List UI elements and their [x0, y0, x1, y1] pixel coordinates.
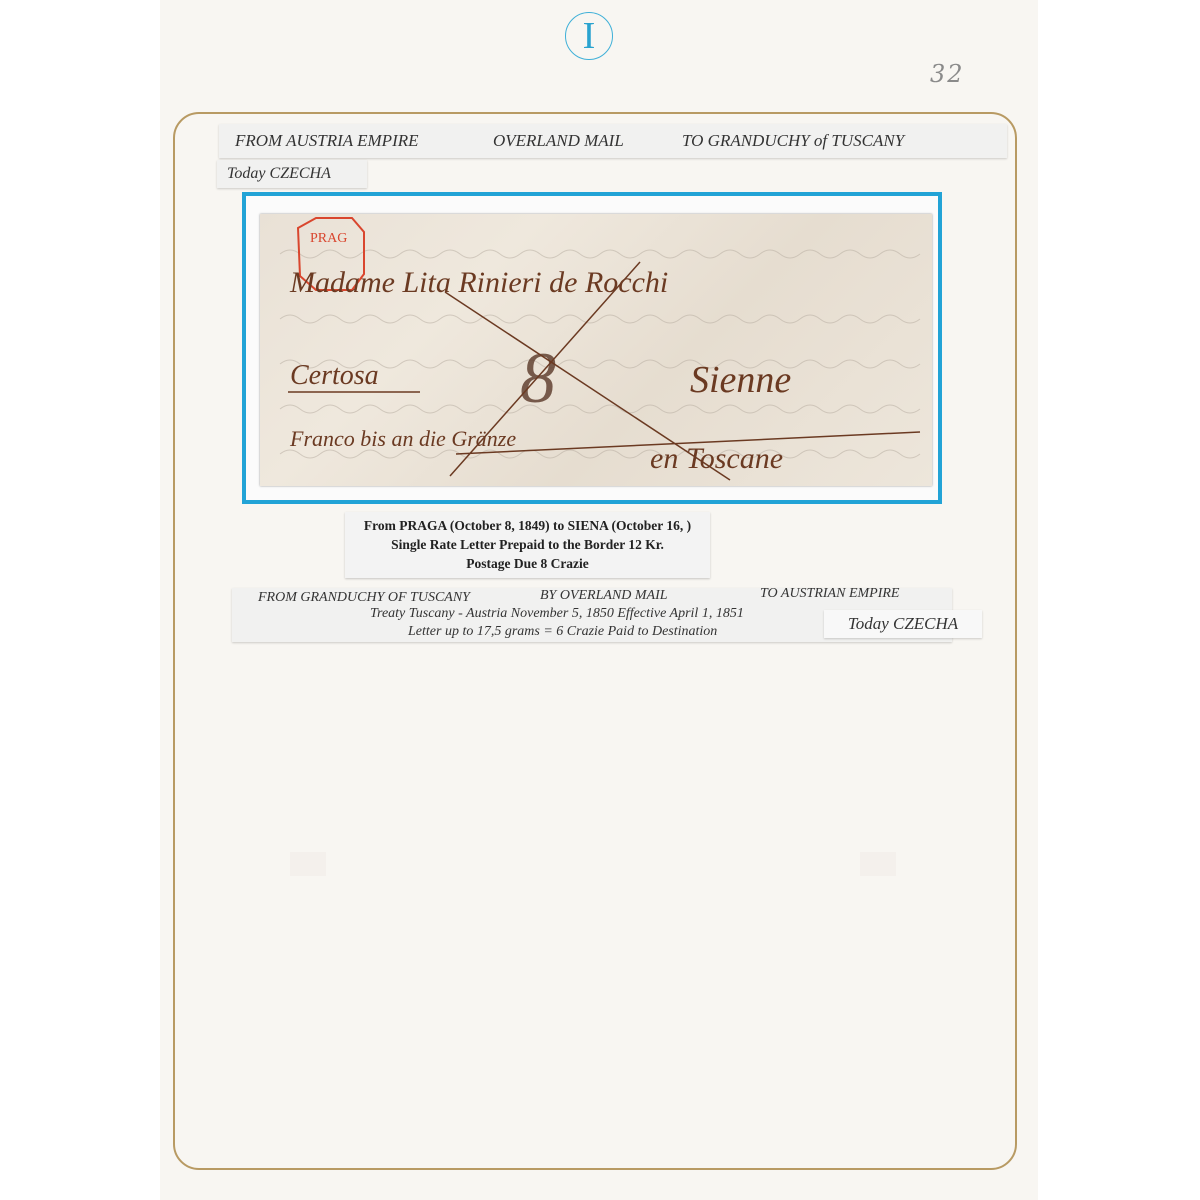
treaty-rate: Letter up to 17,5 grams = 6 Crazie Paid … [408, 624, 717, 640]
treaty-to: TO AUSTRIAN EMPIRE [760, 586, 899, 602]
route-header-strip: FROM AUSTRIA EMPIRE OVERLAND MAIL TO GRA… [219, 124, 1007, 158]
cover-caption: From PRAGA (October 8, 1849) to SIENA (O… [345, 512, 710, 578]
page-number: 32 [930, 60, 965, 88]
treaty-dates: Treaty Tuscany - Austria November 5, 185… [370, 606, 744, 622]
caption-line-2: Single Rate Letter Prepaid to the Border… [345, 535, 710, 554]
today-country-label-2: Today CZECHA [824, 610, 982, 638]
cover-handwriting: PRAG Madame Lita Rinieri de Rocchi 8 Cer… [260, 214, 932, 486]
route-method: OVERLAND MAIL [493, 124, 624, 158]
route-to: TO GRANDUCHY of TUSCANY [682, 124, 904, 158]
cover-mount: PRAG Madame Lita Rinieri de Rocchi 8 Cer… [242, 192, 942, 504]
today-country-label: Today CZECHA [217, 160, 367, 188]
album-page: I 32 FROM AUSTRIA EMPIRE OVERLAND MAIL T… [160, 0, 1038, 1200]
mount-corner [290, 852, 326, 876]
caption-line-1: From PRAGA (October 8, 1849) to SIENA (O… [345, 516, 710, 535]
svg-text:en Toscane: en Toscane [650, 442, 783, 475]
svg-text:Sienne: Sienne [690, 359, 791, 401]
treaty-route: BY OVERLAND MAIL [540, 588, 668, 604]
postal-cover: PRAG Madame Lita Rinieri de Rocchi 8 Cer… [260, 214, 932, 486]
postmark-text: PRAG [310, 231, 347, 246]
treaty-from: FROM GRANDUCHY OF TUSCANY [258, 590, 470, 606]
svg-text:Franco bis an die Gränze: Franco bis an die Gränze [289, 426, 516, 451]
svg-text:Certosa: Certosa [290, 360, 379, 391]
caption-line-3: Postage Due 8 Crazie [345, 554, 710, 573]
chapter-mark: I [565, 12, 613, 60]
route-from: FROM AUSTRIA EMPIRE [235, 124, 419, 158]
mount-corner [860, 852, 896, 876]
